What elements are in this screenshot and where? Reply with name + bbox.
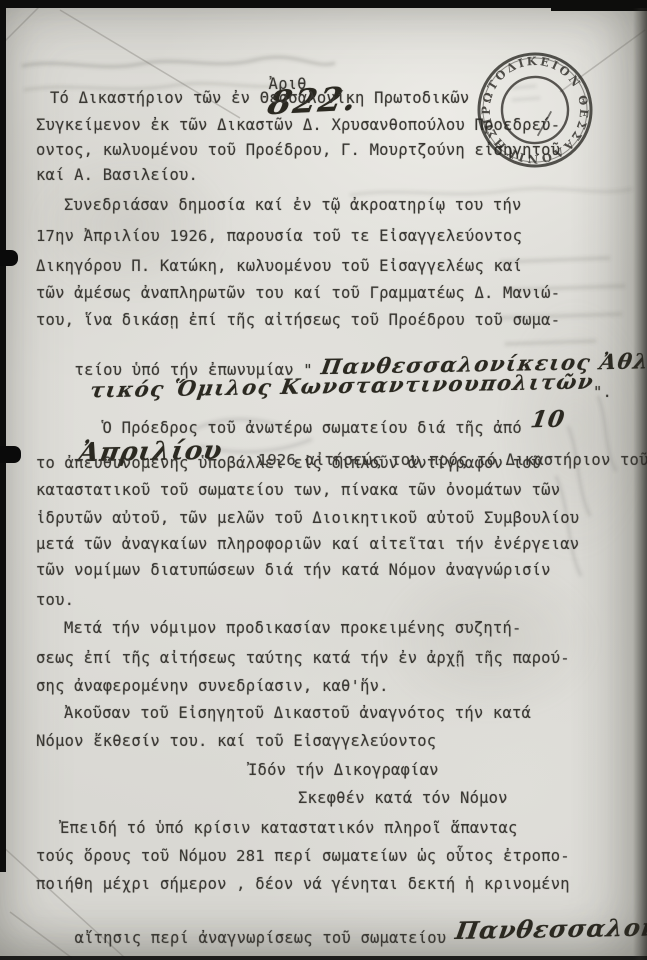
typed-text: Δικηγόρου Π. Κατώκη, κωλυομένου τοῦ Εἰσα… [36,257,522,275]
scanned-court-document-page: Ἀριθ 822. Τό Δικαστήριον τῶν ἐν Θεσσαλον… [0,0,647,960]
typed-text: ἱδρυτῶν αὐτοῦ, τῶν μελῶν τοῦ Διοικητικοῦ… [36,509,579,527]
typed-text: Νόμον ἔκθεσίν του. καί τοῦ Εἰσαγγελεύοντ… [36,732,436,750]
typed-text: Τό Δικαστήριον τῶν ἐν Θεσσαλονίκη Πρωτοδ… [50,89,469,107]
scan-edge-left [0,8,6,872]
binding-clip [0,250,18,266]
court-stamp: ΠΡΩΤΟΔΙΚΕΙΟΝ ΘΕΣΣΑΛΟΝΙΚΗΣ [469,44,601,176]
typed-line: σεως ἐπί τῆς αἰτήσεως ταύτης κατά τήν ἐν… [36,648,570,667]
typed-line: 17ην Ἀπριλίου 1926, παρουσία τοῦ τε Εἰσα… [36,226,522,245]
typed-line: Συνεδριάσαν δημοσία καί ἐν τῷ ἀκροατηρίῳ… [64,195,522,214]
typed-line-centered: Σκεφθέν κατά τόν Νόμον [298,788,508,807]
page-edge-shadow-right [633,8,647,960]
typed-line: τῶν ἀμέσως ἀναπληρωτῶν του καί τοῦ Γραμμ… [36,283,560,302]
typed-text: μετά τῶν ἀναγκαίων πληροφοριῶν καί αἰτεῖ… [36,535,579,553]
typed-line: τούς ὅρους τοῦ Νόμου 281 περί σωματείων … [36,846,570,865]
typed-line: καί Α. Βασιλείου. [36,165,198,184]
typed-text: Μετά τήν νόμιμον προδικασίαν προκειμένης… [64,619,522,637]
typed-line: σης ἀναφερομένην συνεδρίασιν, καθ'ἥν. [36,676,389,695]
typed-line: ποιήθη μέχρι σήμερον , δέον νά γένηται δ… [36,874,570,893]
typed-line: Ἐπειδή τό ὑπό κρίσιν καταστατικόν πληροῖ… [60,818,518,837]
typed-line: Νόμον ἔκθεσίν του. καί τοῦ Εἰσαγγελεύοντ… [36,731,436,750]
typed-text: 17ην Ἀπριλίου 1926, παρουσία τοῦ τε Εἰσα… [36,227,522,245]
typed-text: καί Α. Βασιλείου. [36,166,198,184]
typed-text: τούς ὅρους τοῦ Νόμου 281 περί σωματείων … [36,847,570,865]
typed-line-centered: Ἰδόν τήν Δικογραφίαν [248,760,439,779]
typed-text: του, ἵνα δικάσῃ ἐπί τῆς αἰτήσεως τοῦ Προ… [36,311,560,329]
typed-line: αἴτησις περί ἀναγνωρίσεως τοῦ σωματείου … [36,901,647,960]
typed-text: Ἐπειδή τό ὑπό κρίσιν καταστατικόν πληροῖ… [60,819,518,837]
typed-line: τῶν νομίμων διατυπώσεων διά τήν κατά Νόμ… [36,560,551,579]
typed-line: Ἀκοῦσαν τοῦ Εἰσηγητοῦ Δικαστοῦ ἀναγνότος… [64,703,531,722]
typed-text: ποιήθη μέχρι σήμερον , δέον νά γένηται δ… [36,875,570,893]
typed-text: ". [593,383,612,401]
typed-text: τῶν ἀμέσως ἀναπληρωτῶν του καί τοῦ Γραμμ… [36,284,560,302]
typed-line: Τό Δικαστήριον τῶν ἐν Θεσσαλονίκη Πρωτοδ… [50,88,469,107]
typed-line: το ἀπευθυνομένης ὑποβάλλει εἰς διπλοῦν ἀ… [36,453,541,472]
typed-line: Μετά τήν νόμιμον προδικασίαν προκειμένης… [64,618,522,637]
typed-text: Συνεδριάσαν δημοσία καί ἐν τῷ ἀκροατηρίῳ… [64,196,522,214]
typed-line: μετά τῶν ἀναγκαίων πληροφοριῶν καί αἰτεῖ… [36,534,579,553]
typed-text: σεως ἐπί τῆς αἰτήσεως ταύτης κατά τήν ἐν… [36,649,570,667]
court-stamp-text: ΠΡΩΤΟΔΙΚΕΙΟΝ ΘΕΣΣΑΛΟΝΙΚΗΣ [473,48,597,172]
typed-line: Δικηγόρου Π. Κατώκη, κωλυομένου τοῦ Εἰσα… [36,256,522,275]
typed-line: ἱδρυτῶν αὐτοῦ, τῶν μελῶν τοῦ Διοικητικοῦ… [36,508,579,527]
typed-text: Ἰδόν τήν Δικογραφίαν [248,761,439,779]
typed-text: αἴτησις περί ἀναγνωρίσεως τοῦ σωματείου [75,929,456,947]
typed-line: του, ἵνα δικάσῃ ἐπί τῆς αἰτήσεως τοῦ Προ… [36,310,560,329]
svg-text:ΠΡΩΤΟΔΙΚΕΙΟΝ ΘΕΣΣΑΛΟΝΙΚΗΣ: ΠΡΩΤΟΔΙΚΕΙΟΝ ΘΕΣΣΑΛΟΝΙΚΗΣ [473,48,597,172]
typed-line: του. [36,590,74,609]
handwritten-society-name: Πανθεσσαλονί- [453,912,647,945]
paper-stain [380,560,600,720]
pen-slash-mark [535,111,553,136]
scan-edge-bottom [0,956,647,960]
typed-text: Σκεφθέν κατά τόν Νόμον [298,789,508,807]
typed-text: του. [36,591,74,609]
typed-line: καταστατικοῦ τοῦ σωματείου των, πίνακα τ… [36,480,560,499]
typed-text: καταστατικοῦ τοῦ σωματείου των, πίνακα τ… [36,481,560,499]
typed-text: Ἀκοῦσαν τοῦ Εἰσηγητοῦ Δικαστοῦ ἀναγνότος… [64,704,531,722]
binding-clip [0,446,21,463]
scan-edge-top [0,0,647,8]
typed-text: τῶν νομίμων διατυπώσεων διά τήν κατά Νόμ… [36,561,551,579]
typed-text: σης ἀναφερομένην συνεδρίασιν, καθ'ἥν. [36,677,389,695]
typed-text: το ἀπευθυνομένης ὑποβάλλει εἰς διπλοῦν ἀ… [36,454,541,472]
